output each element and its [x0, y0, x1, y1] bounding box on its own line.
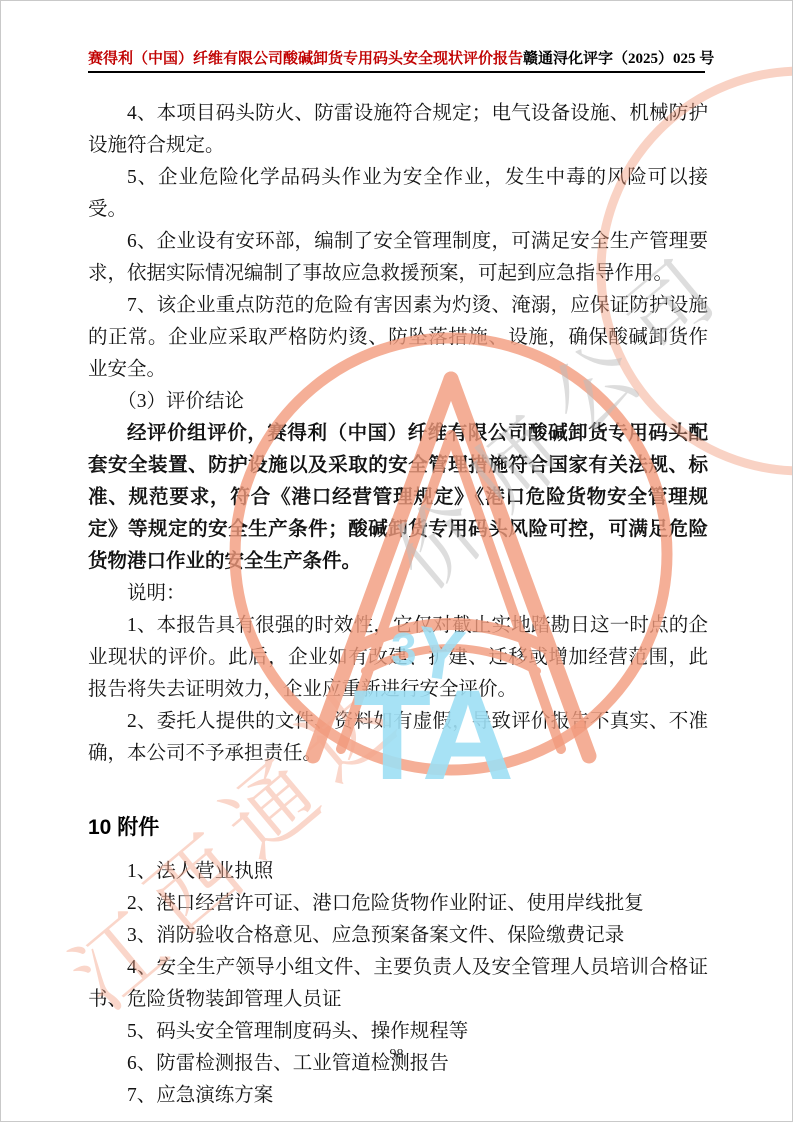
- header-report-title: 赛得利（中国）纤维有限公司酸碱卸货专用码头安全现状评价报告: [88, 47, 523, 68]
- document-body: 4、本项目码头防火、防雷设施符合规定；电气设备设施、机械防护设施符合规定。5、企…: [88, 98, 708, 1112]
- paragraph-item-6: 6、企业设有安环部，编制了安全管理制度，可满足安全生产管理要求，依据实际情况编制…: [88, 226, 708, 290]
- attachment-item-4: 4、安全生产领导小组文件、主要负责人及安全管理人员培训合格证书、危险货物装卸管理…: [88, 952, 708, 1016]
- note-item-2: 2、委托人提供的文件、资料如有虚假，导致评价报告不真实、不准确，本公司不予承担责…: [88, 706, 708, 770]
- attachment-item-3: 3、消防验收合格意见、应急预案备案文件、保险缴费记录: [88, 920, 708, 952]
- paragraph-item-5: 5、企业危险化学品码头作业为安全作业，发生中毒的风险可以接受。: [88, 162, 708, 226]
- header-document-number: 赣通浔化评字（2025）025 号: [523, 47, 714, 68]
- note-label: 说明：: [88, 578, 708, 610]
- page-header: 赛得利（中国）纤维有限公司酸碱卸货专用码头安全现状评价报告 赣通浔化评字（202…: [88, 47, 705, 73]
- attachment-item-2: 2、港口经营许可证、港口危险货物作业附证、使用岸线批复: [88, 888, 708, 920]
- conclusion-paragraph: 经评价组评价，赛得利（中国）纤维有限公司酸碱卸货专用码头配套安全装置、防护设施以…: [88, 418, 708, 578]
- note-item-1: 1、本报告具有很强的时效性，它仅对截止实地踏勘日这一时点的企业现状的评价。此后，…: [88, 610, 708, 706]
- document-page: 赛得利（中国）纤维有限公司酸碱卸货专用码头安全现状评价报告 赣通浔化评字（202…: [0, 0, 793, 1122]
- paragraph-item-7: 7、该企业重点防范的危险有害因素为灼烫、淹溺，应保证防护设施的正常。企业应采取严…: [88, 290, 708, 386]
- page-number: 98: [1, 1047, 792, 1063]
- paragraph-item-4: 4、本项目码头防火、防雷设施符合规定；电气设备设施、机械防护设施符合规定。: [88, 98, 708, 162]
- attachments-heading: 10 附件: [88, 816, 708, 840]
- attachment-item-5: 5、码头安全管理制度码头、操作规程等: [88, 1016, 708, 1048]
- subsection-heading: （3）评价结论: [88, 386, 708, 418]
- attachment-item-7: 7、应急演练方案: [88, 1080, 708, 1112]
- attachment-item-1: 1、法人营业执照: [88, 856, 708, 888]
